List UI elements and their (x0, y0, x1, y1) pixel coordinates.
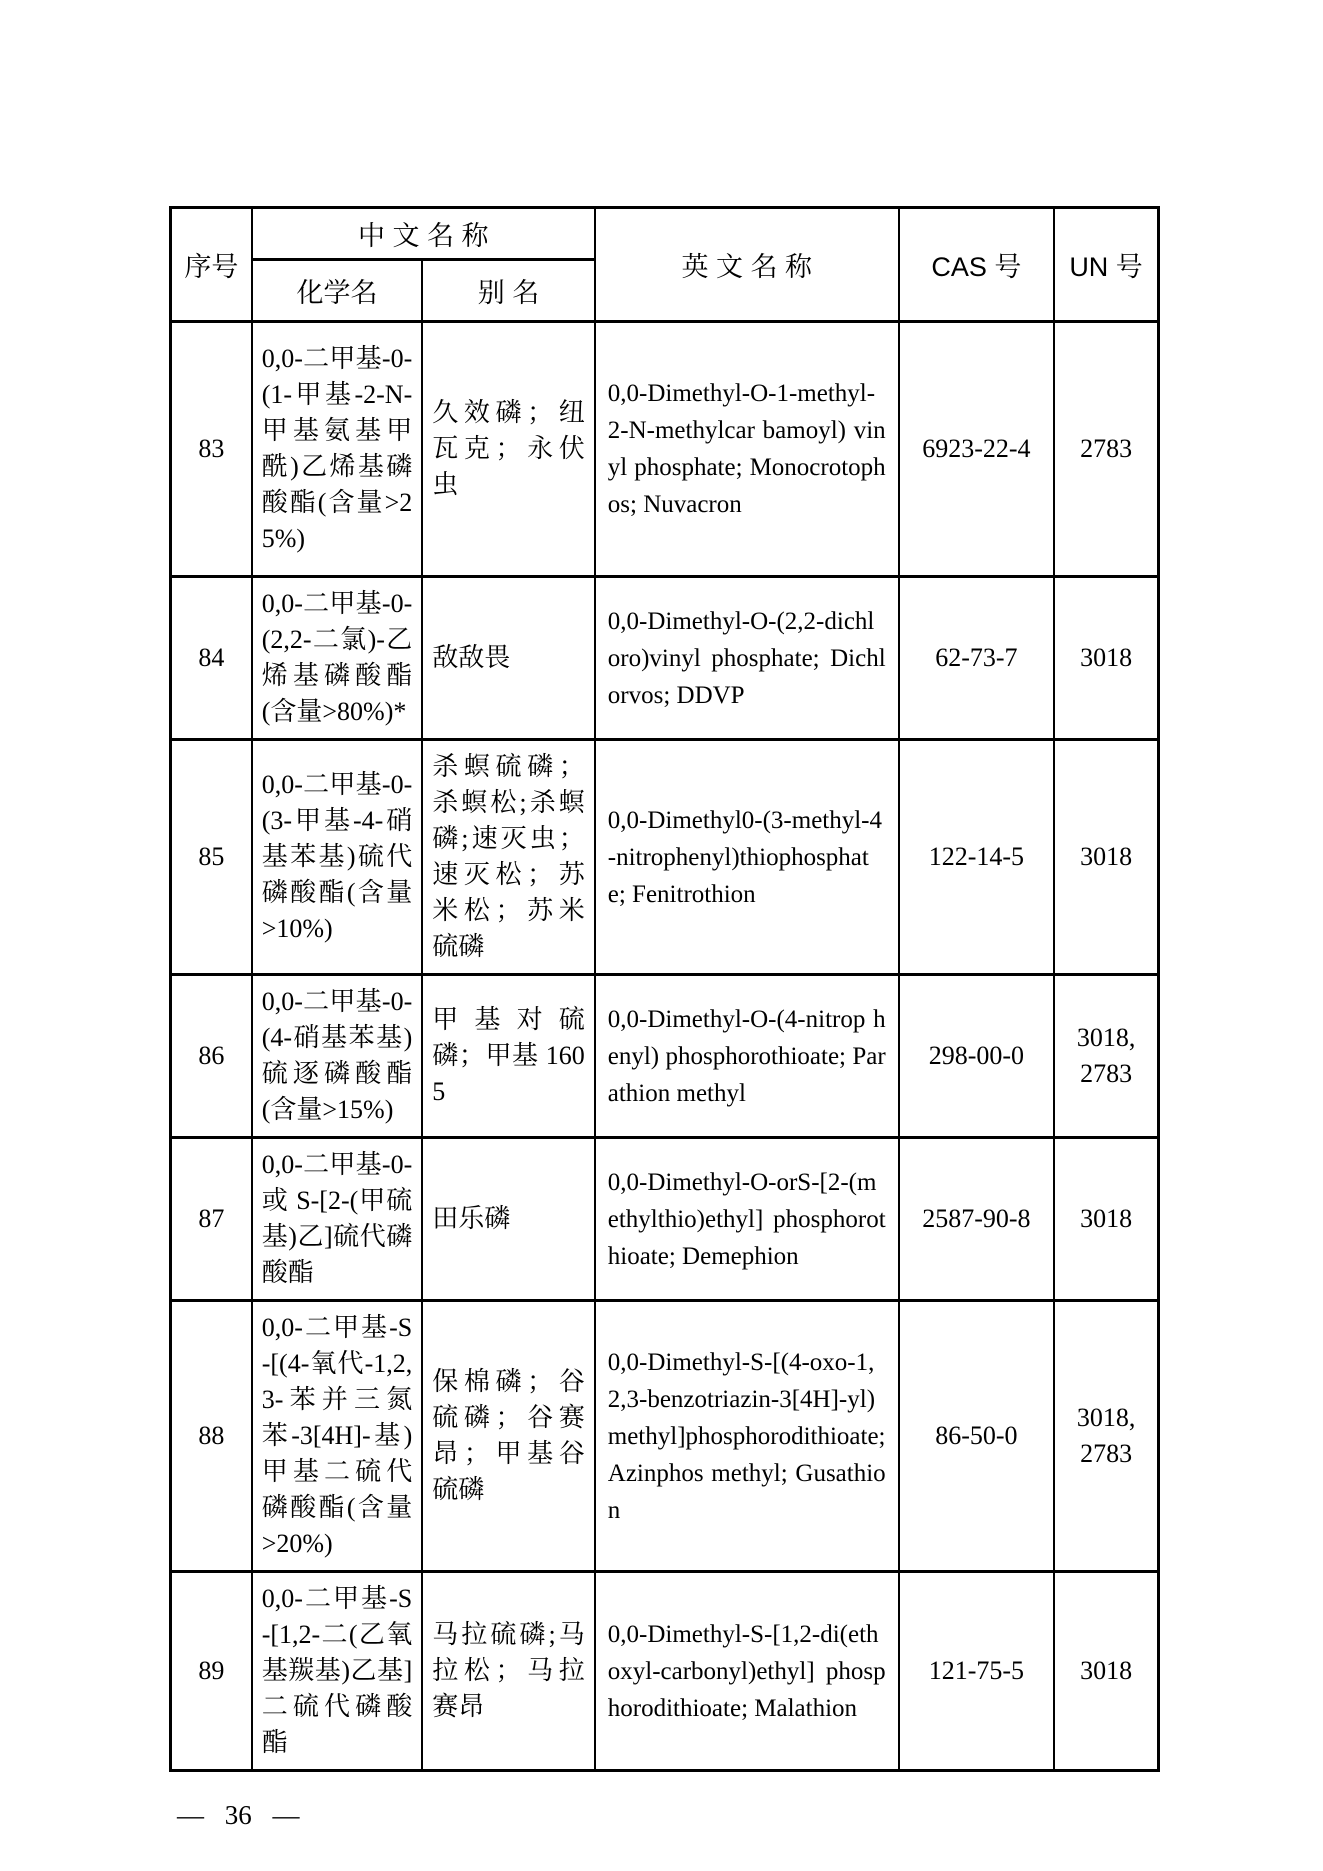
cell-alias: 杀螟硫磷；杀螟松;杀螟磷;速灭虫；速灭松；苏米松；苏米硫磷 (422, 740, 595, 975)
cell-index: 83 (171, 322, 252, 577)
cell-chemical-name: 0,0-二甲基-0-(4-硝基苯基)硫逐磷酸酯(含量>15%) (252, 975, 423, 1138)
cell-index: 87 (171, 1138, 252, 1301)
cell-english-name: 0,0-Dimethyl-O-1-methyl-2-N-methylcar ba… (595, 322, 899, 577)
cell-un: 3018 (1054, 577, 1158, 740)
cell-chemical-name: 0,0-二甲基-0-(1-甲基-2-N-甲基氨基甲酰)乙烯基磷酸酯(含量>25%… (252, 322, 423, 577)
cell-un: 3018 (1054, 1138, 1158, 1301)
cell-alias: 久效磷；纽瓦克；永伏虫 (422, 322, 595, 577)
cell-cas: 86-50-0 (899, 1301, 1054, 1572)
header-english-name: 英 文 名 称 (595, 208, 899, 322)
cell-cas: 122-14-5 (899, 740, 1054, 975)
cell-un: 3018, 2783 (1054, 975, 1158, 1138)
cell-english-name: 0,0-Dimethyl-O-(4-nitrop henyl) phosphor… (595, 975, 899, 1138)
cell-alias: 马拉硫磷;马拉松；马拉赛昂 (422, 1572, 595, 1771)
header-row-1: 序号 中 文 名 称 英 文 名 称 CAS 号 UN 号 (171, 208, 1159, 260)
cell-cas: 298-00-0 (899, 975, 1054, 1138)
document-page: 序号 中 文 名 称 英 文 名 称 CAS 号 UN 号 化学名 别 名 83… (0, 0, 1323, 1871)
cell-un: 2783 (1054, 322, 1158, 577)
cell-english-name: 0,0-Dimethyl-O-(2,2-dichloro)vinyl phosp… (595, 577, 899, 740)
table-row: 84 0,0-二甲基-0-(2,2-二氯)-乙烯基磷酸酯(含量>80%)* 敌敌… (171, 577, 1159, 740)
cell-chemical-name: 0,0-二甲基-0-或 S-[2-(甲硫基)乙]硫代磷酸酯 (252, 1138, 423, 1301)
table-row: 83 0,0-二甲基-0-(1-甲基-2-N-甲基氨基甲酰)乙烯基磷酸酯(含量>… (171, 322, 1159, 577)
cell-chemical-name: 0,0-二甲基-S-[1,2-二(乙氧基羰基)乙基]二硫代磷酸酯 (252, 1572, 423, 1771)
chemicals-table: 序号 中 文 名 称 英 文 名 称 CAS 号 UN 号 化学名 别 名 83… (169, 206, 1160, 1772)
header-alias: 别 名 (422, 260, 595, 322)
header-index: 序号 (171, 208, 252, 322)
cell-chemical-name: 0,0-二甲基-S-[(4-氧代-1,2,3-苯并三氮苯-3[4H]-基)甲基二… (252, 1301, 423, 1572)
cell-index: 88 (171, 1301, 252, 1572)
cell-un: 3018 (1054, 740, 1158, 975)
cell-index: 86 (171, 975, 252, 1138)
table-row: 86 0,0-二甲基-0-(4-硝基苯基)硫逐磷酸酯(含量>15%) 甲基对硫磷… (171, 975, 1159, 1138)
header-chemical-name: 化学名 (252, 260, 423, 322)
cell-chemical-name: 0,0-二甲基-0-(3-甲基-4-硝基苯基)硫代磷酸酯(含量>10%) (252, 740, 423, 975)
cell-chemical-name: 0,0-二甲基-0-(2,2-二氯)-乙烯基磷酸酯(含量>80%)* (252, 577, 423, 740)
cell-cas: 6923-22-4 (899, 322, 1054, 577)
table-row: 87 0,0-二甲基-0-或 S-[2-(甲硫基)乙]硫代磷酸酯 田乐磷 0,0… (171, 1138, 1159, 1301)
table-row: 85 0,0-二甲基-0-(3-甲基-4-硝基苯基)硫代磷酸酯(含量>10%) … (171, 740, 1159, 975)
page-number: — 36 — (177, 1800, 1323, 1831)
cell-alias: 田乐磷 (422, 1138, 595, 1301)
cell-un: 3018, 2783 (1054, 1301, 1158, 1572)
header-cas: CAS 号 (899, 208, 1054, 322)
cell-alias: 保棉磷；谷硫磷；谷赛昂；甲基谷硫磷 (422, 1301, 595, 1572)
cell-english-name: 0,0-Dimethyl0-(3-methyl-4-nitrophenyl)th… (595, 740, 899, 975)
cell-cas: 62-73-7 (899, 577, 1054, 740)
header-un: UN 号 (1054, 208, 1158, 322)
cell-alias: 敌敌畏 (422, 577, 595, 740)
cell-alias: 甲基对硫磷；甲基 1605 (422, 975, 595, 1138)
cell-index: 89 (171, 1572, 252, 1771)
cell-un: 3018 (1054, 1572, 1158, 1771)
table-row: 89 0,0-二甲基-S-[1,2-二(乙氧基羰基)乙基]二硫代磷酸酯 马拉硫磷… (171, 1572, 1159, 1771)
header-chinese-name: 中 文 名 称 (252, 208, 595, 260)
cell-cas: 121-75-5 (899, 1572, 1054, 1771)
cell-english-name: 0,0-Dimethyl-S-[(4-oxo-1,2,3-benzotriazi… (595, 1301, 899, 1572)
cell-cas: 2587-90-8 (899, 1138, 1054, 1301)
cell-english-name: 0,0-Dimethyl-O-orS-[2-(methylthio)ethyl]… (595, 1138, 899, 1301)
table-row: 88 0,0-二甲基-S-[(4-氧代-1,2,3-苯并三氮苯-3[4H]-基)… (171, 1301, 1159, 1572)
cell-index: 85 (171, 740, 252, 975)
cell-english-name: 0,0-Dimethyl-S-[1,2-di(ethoxyl-carbonyl)… (595, 1572, 899, 1771)
cell-index: 84 (171, 577, 252, 740)
